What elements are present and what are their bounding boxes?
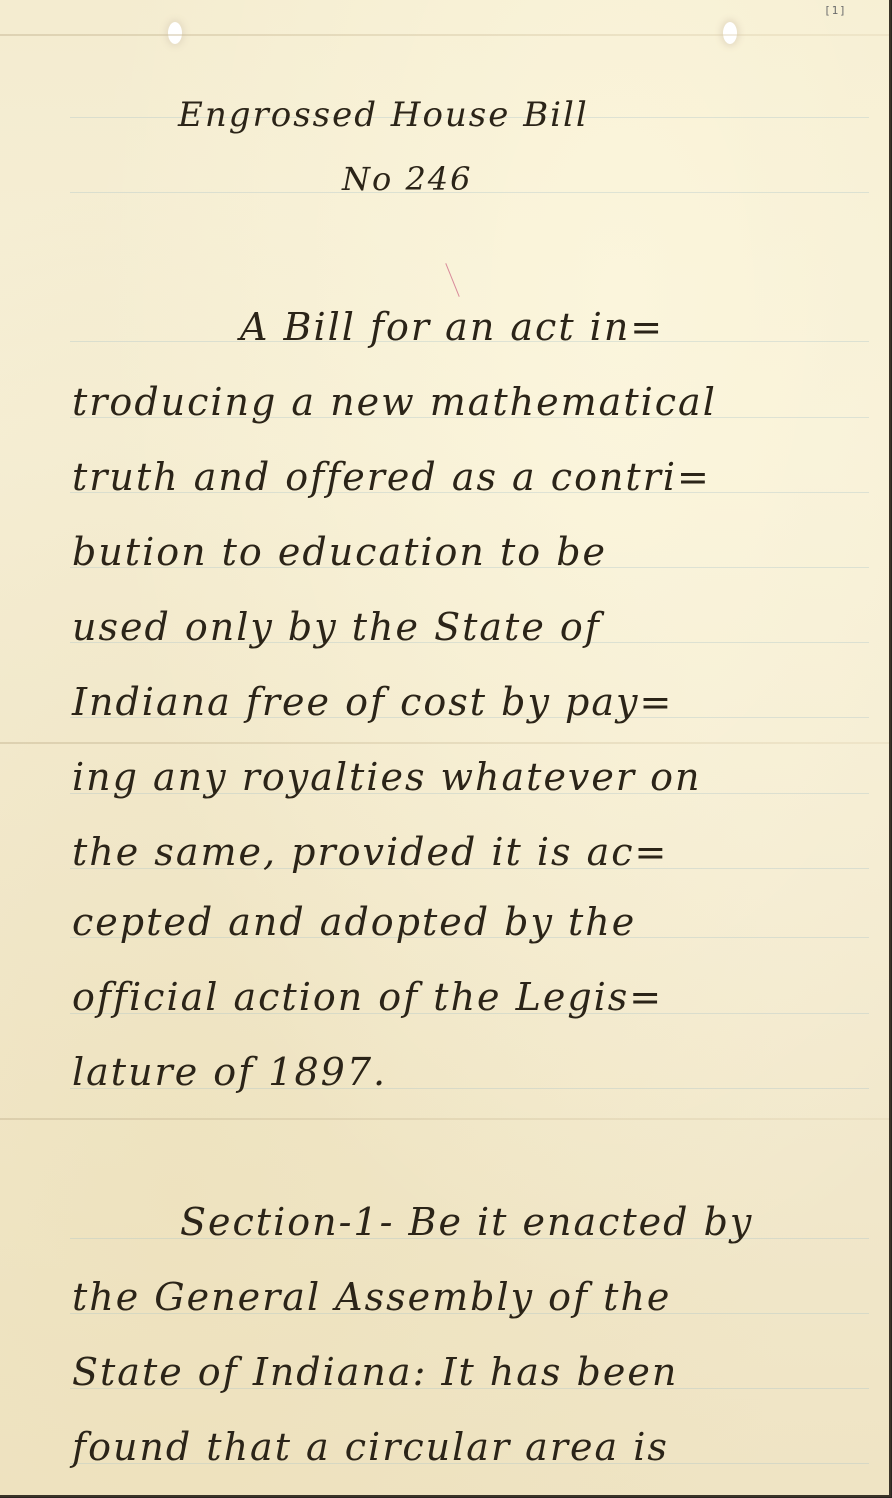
punch-hole: [723, 22, 737, 44]
text-line: used only by the State of: [72, 605, 601, 649]
text-line: Indiana free of cost by pay=: [72, 680, 673, 724]
punch-hole: [168, 22, 182, 44]
text-line: cepted and adopted by the: [72, 900, 636, 944]
section-heading-line: Section-1- Be it enacted by: [180, 1200, 753, 1244]
red-pencil-mark: [445, 263, 459, 297]
paper-fold: [0, 742, 889, 744]
folio-mark: [1]: [824, 4, 847, 17]
text-line: ing any royalties whatever on: [72, 755, 701, 799]
text-line: found that a circular area is: [72, 1425, 669, 1469]
manuscript-page: [1] Engrossed House Bill No 246 A Bill f…: [0, 0, 891, 1497]
text-line: troducing a new mathematical: [72, 380, 717, 424]
text-line: A Bill for an act in=: [240, 305, 664, 349]
paper-fold: [0, 1118, 889, 1120]
text-line: the General Assembly of the: [72, 1275, 671, 1319]
text-line: the same, provided it is ac=: [72, 830, 668, 874]
document-title: Engrossed House Bill: [178, 95, 589, 135]
bill-number: No 246: [342, 160, 473, 198]
text-line: truth and offered as a contri=: [72, 455, 711, 499]
text-line: State of Indiana: It has been: [72, 1350, 678, 1394]
text-line: official action of the Legis=: [72, 975, 663, 1019]
paper-fold: [0, 34, 889, 36]
text-line: lature of 1897.: [72, 1050, 387, 1094]
text-line: bution to education to be: [72, 530, 607, 574]
